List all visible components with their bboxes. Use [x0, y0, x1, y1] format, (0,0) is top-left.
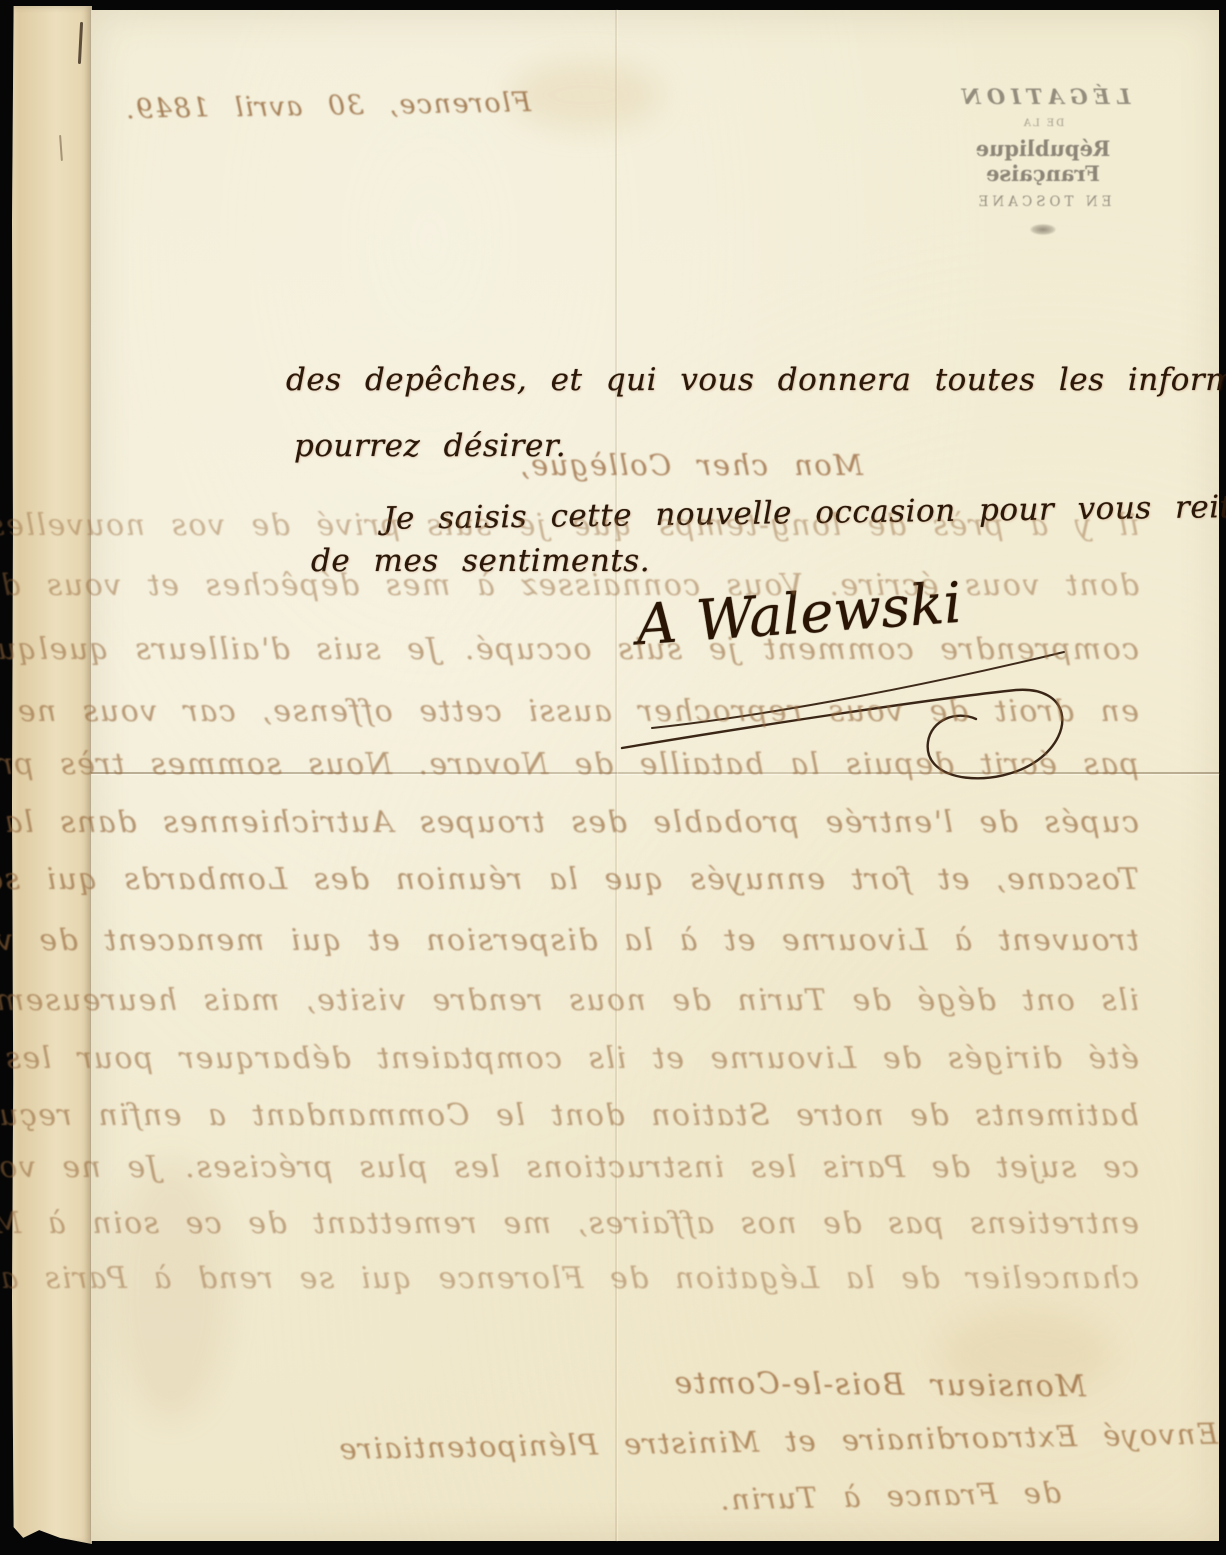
- bleedthrough-line: dont vous écrire. Vous connaissez à mes …: [91, 568, 1139, 603]
- letterhead-dela: DE LA: [923, 118, 1163, 129]
- date-line-ghost: Florence, 30 avril 1849.: [206, 87, 531, 124]
- paper-stain: [511, 60, 661, 130]
- bleedthrough-line: ce sujet de Paris les instructions les p…: [91, 1150, 1139, 1185]
- letter-scan: LÉGATION DE LA République Française EN T…: [0, 0, 1226, 1555]
- body-line: des depêches, et qui vous donnera toutes…: [286, 362, 1226, 398]
- bleedthrough-line: Toscane, et fort ennuyés que la réunion …: [91, 862, 1139, 897]
- bleedthrough-line: comprendre comment je suis occupé. Je su…: [91, 632, 1139, 667]
- bleedthrough-line: entretiens pas de nos affaires, me remet…: [91, 1206, 1139, 1241]
- bleedthrough-line: cupés de l'entrée probable des troupes A…: [91, 805, 1139, 840]
- recipient-ghost-line: Envoyé Extraordinaire et Ministre Plénip…: [606, 1417, 1219, 1462]
- letter-page: LÉGATION DE LA République Française EN T…: [90, 10, 1219, 1541]
- letterhead-mirrored: LÉGATION DE LA République Française EN T…: [923, 84, 1163, 235]
- bleedthrough-line: il y a près de long-temps que je suis pr…: [91, 508, 1139, 543]
- letterhead-title: LÉGATION: [923, 84, 1163, 109]
- letterhead-republique: République Française: [923, 136, 1163, 186]
- letterhead-toscane: EN TOSCANE: [923, 194, 1163, 210]
- bleedthrough-line: ils ont dégé de Turin de nous rendre vis…: [91, 983, 1139, 1018]
- letterhead-fleuron-icon: [1030, 224, 1056, 235]
- bleedthrough-line: batiments de notre Station dont le Comma…: [91, 1098, 1139, 1133]
- bleedthrough-line: trouvent à Livourne et à la dispersion e…: [91, 923, 1139, 958]
- recipient-ghost-line: de France à Turin.: [821, 1475, 1062, 1514]
- bleedthrough-line: pas écrit depuis la bataille de Novare. …: [91, 747, 1139, 782]
- bleedthrough-line: en droit de vous reprocher aussi cette o…: [91, 694, 1139, 729]
- recipient-ghost-line: Monsieur Bois-le-Comte: [786, 1367, 1086, 1405]
- bleedthrough-line: chancelier de la Légation de Florence qu…: [91, 1261, 1139, 1296]
- salutation-ghost: Mon cher Collègue,: [623, 448, 863, 482]
- bleedthrough-line: été dirigés de Livourne et ils comptaien…: [91, 1041, 1139, 1076]
